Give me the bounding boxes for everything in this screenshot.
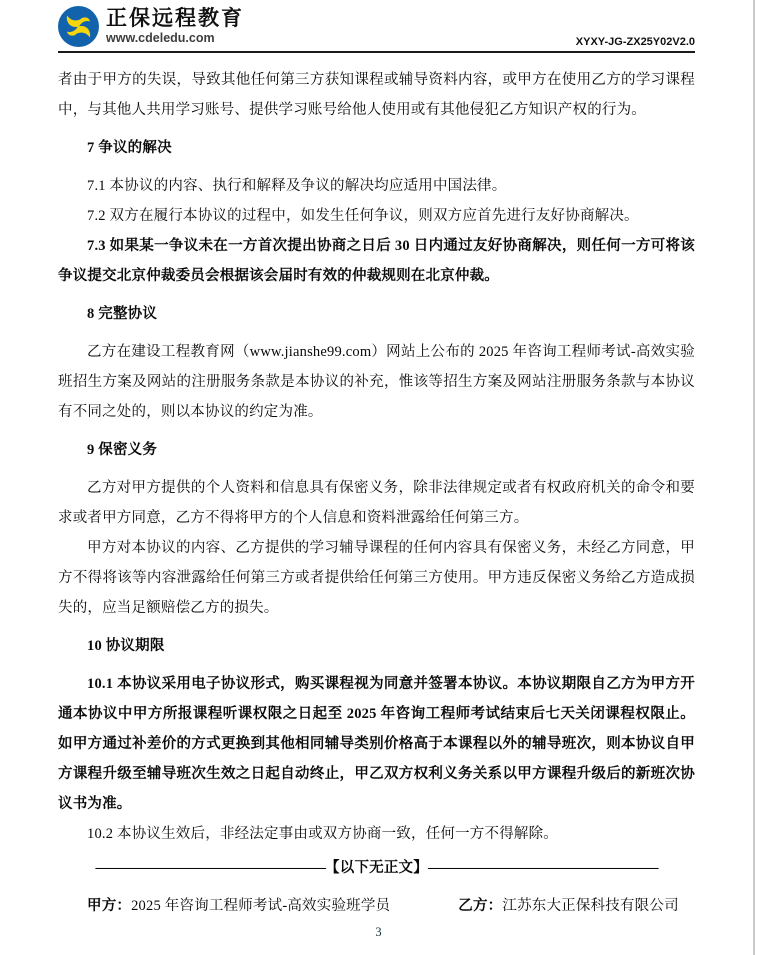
clause-10-2: 10.2 本协议生效后，非经法定事由或双方协商一致，任何一方不得解除。 <box>58 819 695 849</box>
end-marker-label: 【以下无正文】 <box>325 860 428 876</box>
signature-row: 甲方：2025 年咨询工程师考试-高效实验班学员 乙方：江苏东大正保科技有限公司 <box>58 891 695 921</box>
end-marker-dashes-right: ————————————————— <box>428 860 658 876</box>
party-b-signature: 乙方：江苏东大正保科技有限公司 <box>458 891 679 921</box>
brand-text: 正保远程教育 www.cdeledu.com <box>106 8 244 45</box>
brand-name: 正保远程教育 <box>106 8 244 30</box>
page-header: 正保远程教育 www.cdeledu.com XYXY-JG-ZX25Y02V2… <box>0 0 757 53</box>
page-number: 3 <box>0 925 757 940</box>
clause-8-1: 乙方在建设工程教育网（www.jianshe99.com）网站上公布的 2025… <box>58 337 695 427</box>
end-marker-dashes-left: ————————————————— <box>96 860 326 876</box>
intro-continuation-paragraph: 者由于甲方的失误，导致其他任何第三方获知课程或辅导资料内容，或甲方在使用乙方的学… <box>58 65 695 125</box>
brand-logo: 正保远程教育 www.cdeledu.com <box>58 6 244 49</box>
party-a-signature: 甲方：2025 年咨询工程师考试-高效实验班学员 <box>87 891 390 921</box>
header-rule: 正保远程教育 www.cdeledu.com XYXY-JG-ZX25Y02V2… <box>58 6 695 53</box>
section-7-heading: 7 争议的解决 <box>58 133 695 163</box>
party-a-value: 2025 年咨询工程师考试-高效实验班学员 <box>131 898 390 914</box>
clause-10-1: 10.1 本协议采用电子协议形式，购买课程视为同意并签署本协议。本协议期限自乙方… <box>58 669 695 819</box>
clause-9-2: 甲方对本协议的内容、乙方提供的学习辅导课程的任何内容具有保密义务，未经乙方同意，… <box>58 533 695 623</box>
section-10-heading: 10 协议期限 <box>58 631 695 661</box>
clause-7-1: 7.1 本协议的内容、执行和解释及争议的解决均应适用中国法律。 <box>58 171 695 201</box>
section-8-heading: 8 完整协议 <box>58 299 695 329</box>
document-page: 正保远程教育 www.cdeledu.com XYXY-JG-ZX25Y02V2… <box>0 0 757 955</box>
zhengbao-swirl-logo-icon <box>58 6 99 47</box>
contract-body: 者由于甲方的失误，导致其他任何第三方获知课程或辅导资料内容，或甲方在使用乙方的学… <box>0 53 757 921</box>
doc-code: XYXY-JG-ZX25Y02V2.0 <box>576 36 695 48</box>
end-of-text-marker: —————————————————【以下无正文】————————————————… <box>58 853 695 883</box>
clause-7-3: 7.3 如果某一争议未在一方首次提出协商之日后 30 日内通过友好协商解决，则任… <box>58 231 695 291</box>
section-9-heading: 9 保密义务 <box>58 435 695 465</box>
party-b-value: 江苏东大正保科技有限公司 <box>502 898 678 914</box>
party-b-label: 乙方： <box>458 898 502 914</box>
party-a-label: 甲方： <box>87 898 131 914</box>
clause-7-2: 7.2 双方在履行本协议的过程中，如发生任何争议，则双方应首先进行友好协商解决。 <box>58 201 695 231</box>
clause-9-1: 乙方对甲方提供的个人资料和信息具有保密义务，除非法律规定或者有权政府机关的命令和… <box>58 473 695 533</box>
page-right-border <box>753 0 755 955</box>
brand-url: www.cdeledu.com <box>106 32 244 45</box>
